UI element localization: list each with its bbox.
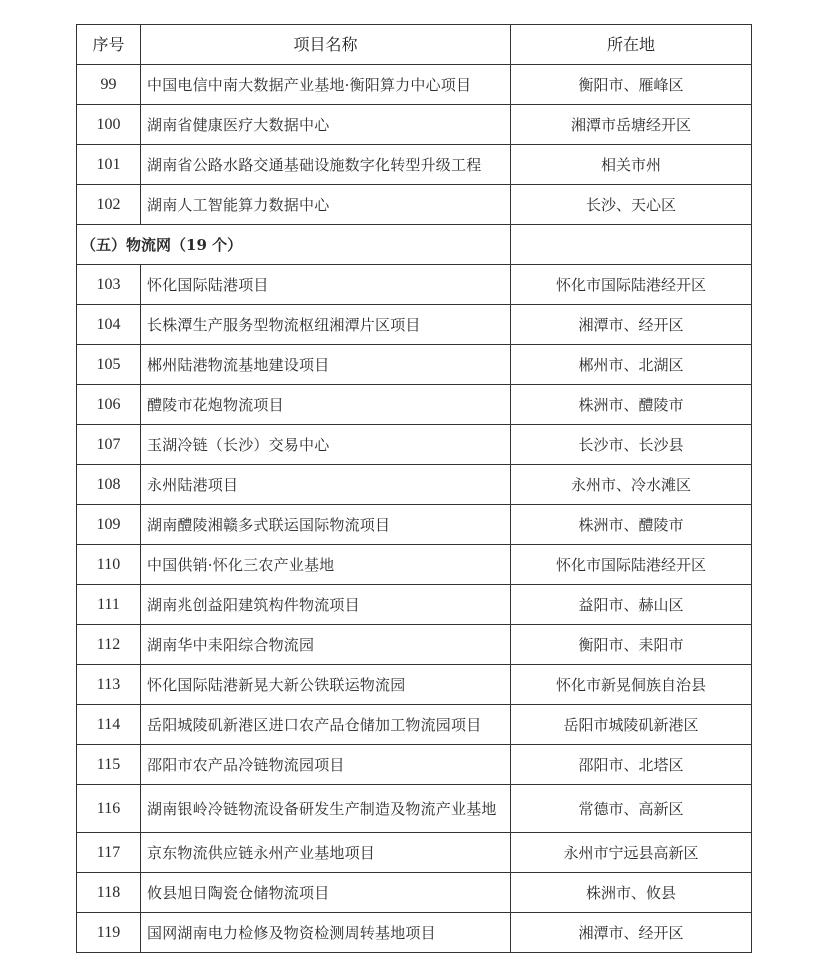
table-row: 106 醴陵市花炮物流项目 株洲市、醴陵市 <box>77 385 752 425</box>
row-location: 邵阳市、北塔区 <box>511 745 752 785</box>
table-row: 104 长株潭生产服务型物流枢纽湘潭片区项目 湘潭市、经开区 <box>77 305 752 345</box>
table-row: 115 邵阳市农产品冷链物流园项目 邵阳市、北塔区 <box>77 745 752 785</box>
row-project-name: 玉湖冷链（长沙）交易中心 <box>141 425 511 465</box>
row-number: 106 <box>77 385 141 425</box>
row-project-name: 湖南兆创益阳建筑构件物流项目 <box>141 585 511 625</box>
table-row: 112 湖南华中耒阳综合物流园 衡阳市、耒阳市 <box>77 625 752 665</box>
row-location: 株洲市、醴陵市 <box>511 385 752 425</box>
row-location: 湘潭市岳塘经开区 <box>511 105 752 145</box>
table-row: 113 怀化国际陆港新晃大新公铁联运物流园 怀化市新晃侗族自治县 <box>77 665 752 705</box>
row-number: 113 <box>77 665 141 705</box>
table-row: 114 岳阳城陵矶新港区进口农产品仓储加工物流园项目 岳阳市城陵矶新港区 <box>77 705 752 745</box>
row-location: 湘潭市、经开区 <box>511 305 752 345</box>
row-location: 湘潭市、经开区 <box>511 913 752 953</box>
row-number: 119 <box>77 913 141 953</box>
section-title: （五）物流网（19 个） <box>77 225 511 265</box>
row-number: 104 <box>77 305 141 345</box>
row-number: 105 <box>77 345 141 385</box>
row-number: 114 <box>77 705 141 745</box>
row-project-name: 怀化国际陆港新晃大新公铁联运物流园 <box>141 665 511 705</box>
header-location: 所在地 <box>511 25 752 65</box>
row-number: 111 <box>77 585 141 625</box>
row-number: 112 <box>77 625 141 665</box>
row-number: 115 <box>77 745 141 785</box>
row-project-name: 湖南醴陵湘赣多式联运国际物流项目 <box>141 505 511 545</box>
row-project-name: 郴州陆港物流基地建设项目 <box>141 345 511 385</box>
row-location: 衡阳市、耒阳市 <box>511 625 752 665</box>
table-row: 118 攸县旭日陶瓷仓储物流项目 株洲市、攸县 <box>77 873 752 913</box>
row-location: 相关市州 <box>511 145 752 185</box>
row-project-name: 京东物流供应链永州产业基地项目 <box>141 833 511 873</box>
row-number: 103 <box>77 265 141 305</box>
row-project-name: 湖南银岭冷链物流设备研发生产制造及物流产业基地 <box>141 785 511 833</box>
row-number: 116 <box>77 785 141 833</box>
row-project-name: 湖南省健康医疗大数据中心 <box>141 105 511 145</box>
row-project-name: 永州陆港项目 <box>141 465 511 505</box>
row-project-name: 国网湖南电力检修及物资检测周转基地项目 <box>141 913 511 953</box>
row-location: 怀化市新晃侗族自治县 <box>511 665 752 705</box>
row-number: 118 <box>77 873 141 913</box>
table-row: 111 湖南兆创益阳建筑构件物流项目 益阳市、赫山区 <box>77 585 752 625</box>
row-location: 岳阳市城陵矶新港区 <box>511 705 752 745</box>
row-number: 109 <box>77 505 141 545</box>
header-number: 序号 <box>77 25 141 65</box>
table-row: 101 湖南省公路水路交通基础设施数字化转型升级工程 相关市州 <box>77 145 752 185</box>
table-row: 102 湖南人工智能算力数据中心 长沙、天心区 <box>77 185 752 225</box>
table-row: 105 郴州陆港物流基地建设项目 郴州市、北湖区 <box>77 345 752 385</box>
row-number: 107 <box>77 425 141 465</box>
row-number: 102 <box>77 185 141 225</box>
table-row: 100 湖南省健康医疗大数据中心 湘潭市岳塘经开区 <box>77 105 752 145</box>
row-location: 郴州市、北湖区 <box>511 345 752 385</box>
table-row: 103 怀化国际陆港项目 怀化市国际陆港经开区 <box>77 265 752 305</box>
row-project-name: 湖南人工智能算力数据中心 <box>141 185 511 225</box>
row-location: 益阳市、赫山区 <box>511 585 752 625</box>
row-project-name: 邵阳市农产品冷链物流园项目 <box>141 745 511 785</box>
table-row: 119 国网湖南电力检修及物资检测周转基地项目 湘潭市、经开区 <box>77 913 752 953</box>
row-location: 株洲市、攸县 <box>511 873 752 913</box>
header-project-name: 项目名称 <box>141 25 511 65</box>
row-project-name: 湖南省公路水路交通基础设施数字化转型升级工程 <box>141 145 511 185</box>
row-project-name: 岳阳城陵矶新港区进口农产品仓储加工物流园项目 <box>141 705 511 745</box>
row-location: 永州市宁远县高新区 <box>511 833 752 873</box>
row-location: 长沙市、长沙县 <box>511 425 752 465</box>
table-row: 108 永州陆港项目 永州市、冷水滩区 <box>77 465 752 505</box>
row-location: 长沙、天心区 <box>511 185 752 225</box>
row-project-name: 攸县旭日陶瓷仓储物流项目 <box>141 873 511 913</box>
project-table: 序号 项目名称 所在地 99 中国电信中南大数据产业基地·衡阳算力中心项目 衡阳… <box>76 24 752 953</box>
row-location: 永州市、冷水滩区 <box>511 465 752 505</box>
row-project-name: 长株潭生产服务型物流枢纽湘潭片区项目 <box>141 305 511 345</box>
section-header-row: （五）物流网（19 个） <box>77 225 752 265</box>
table-row: 107 玉湖冷链（长沙）交易中心 长沙市、长沙县 <box>77 425 752 465</box>
row-number: 100 <box>77 105 141 145</box>
row-number: 110 <box>77 545 141 585</box>
row-project-name: 湖南华中耒阳综合物流园 <box>141 625 511 665</box>
section-location <box>511 225 752 265</box>
row-number: 101 <box>77 145 141 185</box>
row-number: 99 <box>77 65 141 105</box>
row-location: 怀化市国际陆港经开区 <box>511 265 752 305</box>
row-project-name: 怀化国际陆港项目 <box>141 265 511 305</box>
row-project-name: 中国电信中南大数据产业基地·衡阳算力中心项目 <box>141 65 511 105</box>
row-location: 怀化市国际陆港经开区 <box>511 545 752 585</box>
table-row: 109 湖南醴陵湘赣多式联运国际物流项目 株洲市、醴陵市 <box>77 505 752 545</box>
table-row: 99 中国电信中南大数据产业基地·衡阳算力中心项目 衡阳市、雁峰区 <box>77 65 752 105</box>
row-location: 株洲市、醴陵市 <box>511 505 752 545</box>
row-project-name: 醴陵市花炮物流项目 <box>141 385 511 425</box>
row-project-name: 中国供销·怀化三农产业基地 <box>141 545 511 585</box>
table-row: 116 湖南银岭冷链物流设备研发生产制造及物流产业基地 常德市、高新区 <box>77 785 752 833</box>
table-row: 110 中国供销·怀化三农产业基地 怀化市国际陆港经开区 <box>77 545 752 585</box>
row-location: 衡阳市、雁峰区 <box>511 65 752 105</box>
row-number: 108 <box>77 465 141 505</box>
row-location: 常德市、高新区 <box>511 785 752 833</box>
row-number: 117 <box>77 833 141 873</box>
table-header-row: 序号 项目名称 所在地 <box>77 25 752 65</box>
table-row: 117 京东物流供应链永州产业基地项目 永州市宁远县高新区 <box>77 833 752 873</box>
